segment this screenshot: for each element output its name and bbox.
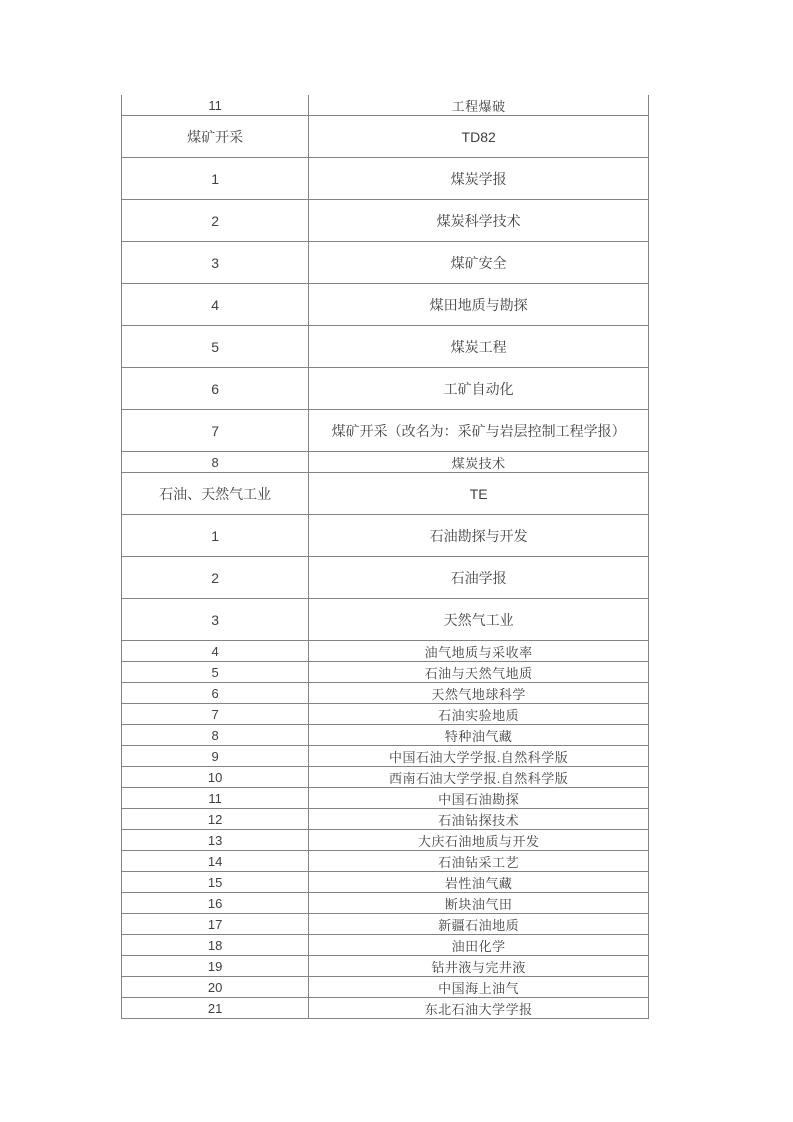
journal-row: 2石油学报 <box>122 557 648 599</box>
row-number-cell: 7 <box>122 704 309 724</box>
journal-row: 15岩性油气藏 <box>122 872 648 893</box>
row-number-cell: 21 <box>122 998 309 1018</box>
row-number-cell: 7 <box>122 410 309 451</box>
journal-name-cell: 煤炭科学技术 <box>309 200 648 241</box>
journal-name-cell: 石油实验地质 <box>309 704 648 724</box>
row-number-cell: 5 <box>122 662 309 682</box>
journal-name-cell: 天然气地球科学 <box>309 683 648 703</box>
journal-name-cell: 工程爆破 <box>309 95 648 115</box>
journal-name-cell: 工矿自动化 <box>309 368 648 409</box>
journal-name-cell: 煤炭学报 <box>309 158 648 199</box>
journal-row: 2煤炭科学技术 <box>122 200 648 242</box>
row-number-cell: 17 <box>122 914 309 934</box>
journal-row: 16断块油气田 <box>122 893 648 914</box>
journal-row: 3天然气工业 <box>122 599 648 641</box>
journal-name-cell: 钻井液与完井液 <box>309 956 648 976</box>
journal-name-cell: 西南石油大学学报.自然科学版 <box>309 767 648 787</box>
row-number-cell: 3 <box>122 599 309 640</box>
journal-row: 9中国石油大学学报.自然科学版 <box>122 746 648 767</box>
journal-name-cell: 石油与天然气地质 <box>309 662 648 682</box>
journal-name-cell: 煤田地质与勘探 <box>309 284 648 325</box>
journal-row: 19钻井液与完井液 <box>122 956 648 977</box>
journal-rename-note: （改名为：采矿与岩层控制工程学报） <box>388 421 626 441</box>
journal-row: 6工矿自动化 <box>122 368 648 410</box>
row-number-cell: 9 <box>122 746 309 766</box>
row-number-cell: 15 <box>122 872 309 892</box>
row-number-cell: 2 <box>122 557 309 598</box>
class-code-cell: TE <box>309 473 648 514</box>
row-number-cell: 2 <box>122 200 309 241</box>
row-number-cell: 3 <box>122 242 309 283</box>
category-name-cell: 石油、天然气工业 <box>122 473 309 514</box>
row-number-cell: 11 <box>122 788 309 808</box>
row-number-cell: 11 <box>122 95 309 115</box>
row-number-cell: 1 <box>122 158 309 199</box>
journal-row: 7石油实验地质 <box>122 704 648 725</box>
row-number-cell: 14 <box>122 851 309 871</box>
journal-table: 11工程爆破煤矿开采TD821煤炭学报2煤炭科学技术3煤矿安全4煤田地质与勘探5… <box>121 95 649 1019</box>
journal-row: 1石油勘探与开发 <box>122 515 648 557</box>
journal-name-cell: 大庆石油地质与开发 <box>309 830 648 850</box>
journal-name-cell: 油田化学 <box>309 935 648 955</box>
class-code-cell: TD82 <box>309 116 648 157</box>
document-page: 11工程爆破煤矿开采TD821煤炭学报2煤炭科学技术3煤矿安全4煤田地质与勘探5… <box>0 0 793 1122</box>
journal-name-cell: 煤矿安全 <box>309 242 648 283</box>
category-name-cell: 煤矿开采 <box>122 116 309 157</box>
journal-row: 10西南石油大学学报.自然科学版 <box>122 767 648 788</box>
journal-name-cell: 中国石油大学学报.自然科学版 <box>309 746 648 766</box>
journal-row: 1煤炭学报 <box>122 158 648 200</box>
journal-name-cell: 新疆石油地质 <box>309 914 648 934</box>
row-number-cell: 4 <box>122 641 309 661</box>
journal-row: 8特种油气藏 <box>122 725 648 746</box>
journal-name-text: 煤矿开采 <box>332 421 388 441</box>
category-row: 石油、天然气工业TE <box>122 473 648 515</box>
row-number-cell: 8 <box>122 725 309 745</box>
row-number-cell: 19 <box>122 956 309 976</box>
journal-row: 4油气地质与采收率 <box>122 641 648 662</box>
journal-name-cell: 中国石油勘探 <box>309 788 648 808</box>
journal-row: 12石油钻探技术 <box>122 809 648 830</box>
row-number-cell: 4 <box>122 284 309 325</box>
row-number-cell: 8 <box>122 452 309 472</box>
journal-name-cell: 石油学报 <box>309 557 648 598</box>
journal-row: 5石油与天然气地质 <box>122 662 648 683</box>
journal-name-cell: 油气地质与采收率 <box>309 641 648 661</box>
journal-row: 18油田化学 <box>122 935 648 956</box>
journal-row: 4煤田地质与勘探 <box>122 284 648 326</box>
row-number-cell: 18 <box>122 935 309 955</box>
journal-name-cell: 东北石油大学学报 <box>309 998 648 1018</box>
journal-row: 6天然气地球科学 <box>122 683 648 704</box>
row-number-cell: 20 <box>122 977 309 997</box>
journal-row: 14石油钻采工艺 <box>122 851 648 872</box>
row-number-cell: 16 <box>122 893 309 913</box>
row-number-cell: 5 <box>122 326 309 367</box>
journal-row: 13大庆石油地质与开发 <box>122 830 648 851</box>
journal-row: 11工程爆破 <box>122 95 648 116</box>
journal-row: 17新疆石油地质 <box>122 914 648 935</box>
row-number-cell: 6 <box>122 368 309 409</box>
row-number-cell: 10 <box>122 767 309 787</box>
journal-row: 11中国石油勘探 <box>122 788 648 809</box>
row-number-cell: 1 <box>122 515 309 556</box>
journal-row: 5煤炭工程 <box>122 326 648 368</box>
journal-name-cell: 石油勘探与开发 <box>309 515 648 556</box>
journal-name-cell: 煤炭技术 <box>309 452 648 472</box>
journal-name-cell: 天然气工业 <box>309 599 648 640</box>
journal-name-cell: 断块油气田 <box>309 893 648 913</box>
journal-name-cell: 石油钻采工艺 <box>309 851 648 871</box>
journal-name-cell: 煤炭工程 <box>309 326 648 367</box>
row-number-cell: 12 <box>122 809 309 829</box>
row-number-cell: 13 <box>122 830 309 850</box>
journal-name-cell: 煤矿开采（改名为：采矿与岩层控制工程学报） <box>309 410 648 451</box>
journal-row: 7煤矿开采（改名为：采矿与岩层控制工程学报） <box>122 410 648 452</box>
journal-name-cell: 石油钻探技术 <box>309 809 648 829</box>
journal-name-cell: 中国海上油气 <box>309 977 648 997</box>
journal-name-cell: 岩性油气藏 <box>309 872 648 892</box>
category-row: 煤矿开采TD82 <box>122 116 648 158</box>
journal-row: 21东北石油大学学报 <box>122 998 648 1019</box>
journal-row: 20中国海上油气 <box>122 977 648 998</box>
row-number-cell: 6 <box>122 683 309 703</box>
journal-row: 3煤矿安全 <box>122 242 648 284</box>
journal-row: 8煤炭技术 <box>122 452 648 473</box>
journal-name-cell: 特种油气藏 <box>309 725 648 745</box>
